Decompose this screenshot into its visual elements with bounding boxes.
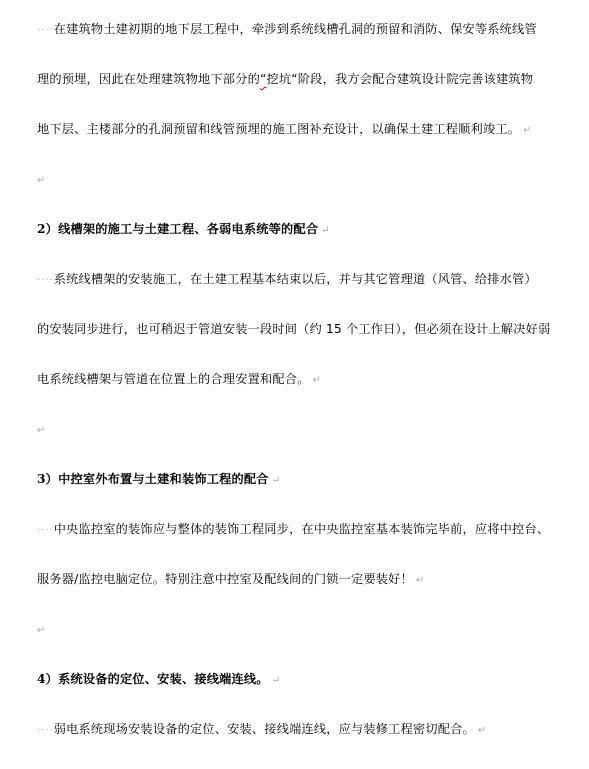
indent-marker: ···· <box>37 725 54 736</box>
para2-line3[interactable]: 电系统线槽架与管道在位置上的合理安置和配合。↵ <box>37 371 557 389</box>
heading-2-text: 2）线槽架的施工与土建工程、各弱电系统等的配合 <box>37 222 318 236</box>
indent-marker: ···· <box>37 275 54 286</box>
heading-2[interactable]: 2）线槽架的施工与土建工程、各弱电系统等的配合↵ <box>37 221 557 239</box>
empty-paragraph[interactable]: ↵ <box>37 421 557 439</box>
para1-line3-text: 地下层、主楼部分的孔洞预留和线管预埋的施工图补充设计，以确保土建工程顺利竣工。 <box>37 122 520 136</box>
heading-4[interactable]: 4）系统设备的定位、安装、接线端连线。↵ <box>37 671 557 689</box>
indent-marker: ···· <box>37 525 54 536</box>
indent-marker: ···· <box>37 25 54 36</box>
para3-line1[interactable]: ····中央监控室的装饰应与整体的装饰工程同步，在中央监控室基本装饰完毕前，应将… <box>37 521 557 539</box>
para2-line3-text: 电系统线槽架与管道在位置上的合理安置和配合。 <box>37 372 310 386</box>
para2-line2-text: 的安装同步进行，也可稍迟于管道安装一段时间（约 15 个工作日），但必须在设计上… <box>37 322 550 336</box>
paragraph-mark-icon: ↵ <box>478 725 487 736</box>
para1-line2-post: 挖坑“阶段，我方会配合建筑设计院完善该建筑物 <box>267 72 534 86</box>
paragraph-mark-icon: ↵ <box>313 375 322 386</box>
paragraph-mark-icon: ↵ <box>37 425 46 436</box>
empty-paragraph[interactable]: ↵ <box>37 171 557 189</box>
para1-line1-text: 在建筑物土建初期的地下层工程中，牵涉到系统线槽孔洞的预留和消防、保安等系统线管 <box>54 22 537 36</box>
paragraph-mark-icon: ↵ <box>37 625 46 636</box>
para1-line2[interactable]: 理的预埋，因此在处理建筑物地下部分的“挖坑“阶段，我方会配合建筑设计院完善该建筑… <box>37 71 557 87</box>
para1-line2-pre: 理的预埋，因此在处理建筑物地下部分的 <box>37 72 260 86</box>
para1-line1[interactable]: ····在建筑物土建初期的地下层工程中，牵涉到系统线槽孔洞的预留和消防、保安等系… <box>37 21 557 39</box>
paragraph-mark-icon: ↵ <box>37 175 46 186</box>
para4-line1[interactable]: ····弱电系统现场安装设备的定位、安装、接线端连线，应与装修工程密切配合。↵ <box>37 721 557 739</box>
heading-4-text: 4）系统设备的定位、安装、接线端连线。 <box>37 672 269 686</box>
para3-line1-text: 中央监控室的装饰应与整体的装饰工程同步，在中央监控室基本装饰完毕前，应将中控台、 <box>54 522 550 536</box>
para3-line2-text: 服务器/监控电脑定位。特别注意中控室及配线间的门锁一定要装好！ <box>37 572 413 586</box>
paragraph-mark-icon: ↵ <box>523 125 532 136</box>
paragraph-mark-icon: ↵ <box>272 475 281 486</box>
heading-3[interactable]: 3）中控室外布置与土建和装饰工程的配合↵ <box>37 471 557 489</box>
paragraph-mark-icon: ↵ <box>272 675 281 686</box>
paragraph-mark-icon: ↵ <box>321 225 330 236</box>
para2-line1-text: 系统线槽架的安装施工，在土建工程基本结束以后，并与其它管理道（风管、给排水管） <box>54 272 537 286</box>
para3-line2[interactable]: 服务器/监控电脑定位。特别注意中控室及配线间的门锁一定要装好！↵ <box>37 571 557 589</box>
para1-line3[interactable]: 地下层、主楼部分的孔洞预留和线管预埋的施工图补充设计，以确保土建工程顺利竣工。↵ <box>37 121 557 139</box>
para2-line1[interactable]: ····系统线槽架的安装施工，在土建工程基本结束以后，并与其它管理道（风管、给排… <box>37 271 557 289</box>
empty-paragraph[interactable]: ↵ <box>37 621 557 639</box>
para2-line2[interactable]: 的安装同步进行，也可稍迟于管道安装一段时间（约 15 个工作日），但必须在设计上… <box>37 321 557 337</box>
heading-3-text: 3）中控室外布置与土建和装饰工程的配合 <box>37 472 269 486</box>
para4-line1-text: 弱电系统现场安装设备的定位、安装、接线端连线，应与装修工程密切配合。 <box>54 722 475 736</box>
paragraph-mark-icon: ↵ <box>416 575 425 586</box>
document-page: ····在建筑物土建初期的地下层工程中，牵涉到系统线槽孔洞的预留和消防、保安等系… <box>0 0 589 769</box>
